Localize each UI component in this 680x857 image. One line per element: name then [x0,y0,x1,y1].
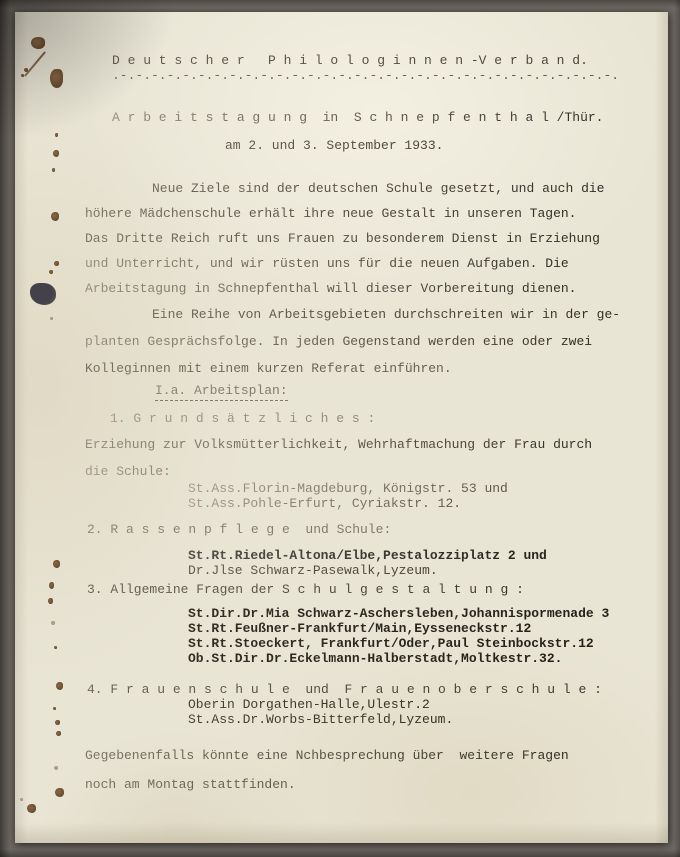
document-page: D e u t s c h e r P h i l o l o g i n n … [15,12,668,843]
org-underline: .-.-.-.-.-.-.-.-.-.-.-.-.-.-.-.-.-.-.-.-… [112,69,619,83]
intro-paragraph: Neue Ziele sind der deutschen Schule ges… [85,176,604,301]
attendee-line: Oberin Dorgathen-Halle,Ulestr.2 [188,697,430,712]
typed-text-block: D e u t s c h e r P h i l o l o g i n n … [15,12,605,799]
closing-paragraph: Gegebenenfalls könnte eine Nchbesprechun… [85,741,569,799]
intro-line: Neue Ziele sind der deutschen Schule ges… [85,176,604,201]
plan-heading-line: I.a. Arbeitsplan: [155,382,288,401]
attendee-line: St.Ass.Pohle-Erfurt, Cyriakstr. 12. [188,496,461,511]
overview-line: Kolleginnen mit einem kurzen Referat ein… [85,356,452,382]
section-title-line: 4. F r a u e n s c h u l e und F r a u e… [87,681,602,698]
section-body-line: die Schule: [85,458,171,485]
attendee-line: St.Rt.Riedel-Altona/Elbe,Pestalozziplatz… [188,548,547,563]
overview-line: planten Gesprächsfolge. In jeden Gegenst… [85,329,592,355]
section-1-body: Erziehung zur Volksmütterlichkeit, Wehrh… [85,431,592,485]
section-title-2: 2. R a s s e n p f l e g e und Schule: [87,521,391,538]
section-title-line: 2. R a s s e n p f l e g e und Schule: [87,521,391,538]
event-title-line: A r b e i t s t a g u n g in S c h n e p… [112,110,603,126]
section-title-line: 3. Allgemeine Fragen der S c h u l g e s… [87,581,524,598]
attendee-line: Ob.St.Dir.Dr.Eckelmann-Halberstadt,Moltk… [188,652,562,666]
overview-paragraph: Eine Reihe von Arbeitsgebieten durchschr… [85,301,620,382]
event-date: am 2. und 3. September 1933. [225,137,443,154]
section-title-1: 1. G r u n d s ä t z l i c h e s : [110,410,375,427]
intro-line: Das Dritte Reich ruft uns Frauen zu beso… [85,226,600,251]
plan-heading: I.a. Arbeitsplan: [155,382,288,401]
attendee-line: St.Rt.Feußner-Frankfurt/Main,Eysseneckst… [188,622,531,636]
intro-line: Arbeitstagung in Schnepfenthal will dies… [85,276,576,301]
event-title: A r b e i t s t a g u n g in S c h n e p… [112,109,603,126]
attendee-line: St.Ass.Florin-Magdeburg, Königstr. 53 un… [188,481,508,496]
intro-line: höhere Mädchenschule erhält ihre neue Ge… [85,201,576,226]
section-4-names: Oberin Dorgathen-Halle,Ulestr.2 St.Ass.D… [188,697,453,727]
overview-line: Eine Reihe von Arbeitsgebieten durchschr… [85,302,620,328]
section-body-line: Erziehung zur Volksmütterlichkeit, Wehrh… [85,431,592,458]
section-3-names: St.Dir.Dr.Mia Schwarz-Aschersleben,Johan… [188,606,609,666]
closing-line: Gegebenenfalls könnte eine Nchbesprechun… [85,742,569,770]
rust-spot [27,804,36,813]
section-title-3: 3. Allgemeine Fragen der S c h u l g e s… [87,581,524,598]
event-date-line: am 2. und 3. September 1933. [225,138,443,154]
closing-line: noch am Montag stattfinden. [85,771,296,799]
section-title-line: 1. G r u n d s ä t z l i c h e s : [110,410,375,427]
attendee-line: St.Rt.Stoeckert, Frankfurt/Oder,Paul Ste… [188,637,594,651]
section-1-names: St.Ass.Florin-Magdeburg, Königstr. 53 un… [188,481,508,511]
attendee-line: St.Ass.Dr.Worbs-Bitterfeld,Lyzeum. [188,712,453,727]
letterhead: D e u t s c h e r P h i l o l o g i n n … [85,53,619,83]
section-2-names: St.Rt.Riedel-Altona/Elbe,Pestalozziplatz… [188,548,547,578]
intro-line: und Unterricht, und wir rüsten uns für d… [85,251,569,276]
org-name-line: D e u t s c h e r P h i l o l o g i n n … [112,53,588,68]
scan-background: { "doc": { "header": { "org_line": "D e … [0,0,680,857]
section-title-4: 4. F r a u e n s c h u l e und F r a u e… [87,681,602,698]
attendee-line: Dr.Jlse Schwarz-Pasewalk,Lyzeum. [188,563,438,578]
attendee-line: St.Dir.Dr.Mia Schwarz-Aschersleben,Johan… [188,607,609,621]
